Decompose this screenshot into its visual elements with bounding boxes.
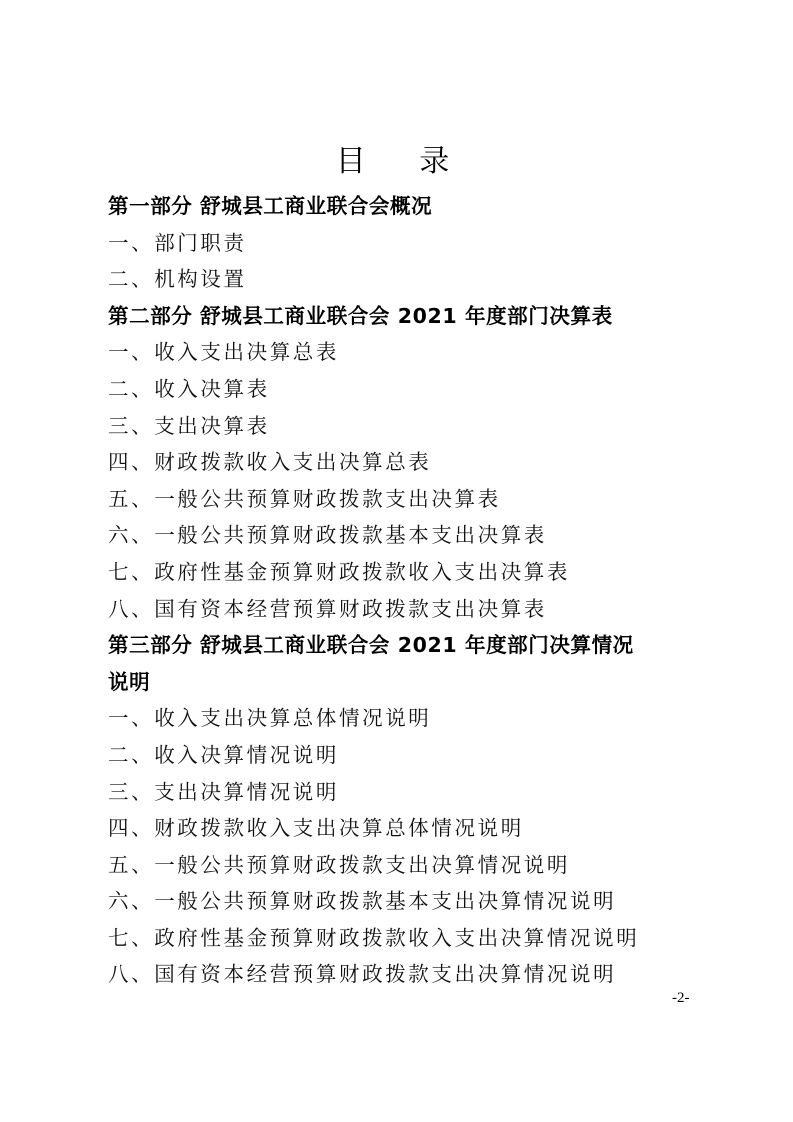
document-page: 目 录 第一部分 舒城县工商业联合会概况 一、部门职责 二、机构设置 第二部分 … [0,0,793,1122]
toc-item: 二、收入决算表 [108,371,708,408]
toc-heading-part-2: 第二部分 舒城县工商业联合会 2021 年度部门决算表 [108,298,708,335]
toc-heading-part-3: 第三部分 舒城县工商业联合会 2021 年度部门决算情况 [108,627,708,664]
toc-item: 一、部门职责 [108,225,708,262]
table-of-contents: 第一部分 舒城县工商业联合会概况 一、部门职责 二、机构设置 第二部分 舒城县工… [108,188,708,993]
toc-item: 三、支出决算情况说明 [108,774,708,811]
toc-item: 六、一般公共预算财政拨款基本支出决算表 [108,517,708,554]
toc-item: 一、收入支出决算总体情况说明 [108,700,708,737]
toc-item: 二、机构设置 [108,261,708,298]
toc-item: 六、一般公共预算财政拨款基本支出决算情况说明 [108,883,708,920]
toc-heading-part-3-continued: 说明 [108,664,708,701]
toc-item: 八、国有资本经营预算财政拨款支出决算表 [108,591,708,628]
toc-item: 五、一般公共预算财政拨款支出决算情况说明 [108,847,708,884]
toc-item: 七、政府性基金预算财政拨款收入支出决算表 [108,554,708,591]
toc-item: 一、收入支出决算总表 [108,334,708,371]
toc-item: 八、国有资本经营预算财政拨款支出决算情况说明 [108,956,708,993]
toc-item: 四、财政拨款收入支出决算总体情况说明 [108,810,708,847]
page-title: 目 录 [0,140,793,184]
toc-item: 二、收入决算情况说明 [108,737,708,774]
toc-item: 三、支出决算表 [108,408,708,445]
toc-heading-part-1: 第一部分 舒城县工商业联合会概况 [108,188,708,225]
toc-item: 五、一般公共预算财政拨款支出决算表 [108,481,708,518]
toc-item: 七、政府性基金预算财政拨款收入支出决算情况说明 [108,920,708,957]
toc-item: 四、财政拨款收入支出决算总表 [108,444,708,481]
page-number: -2- [672,990,690,1007]
